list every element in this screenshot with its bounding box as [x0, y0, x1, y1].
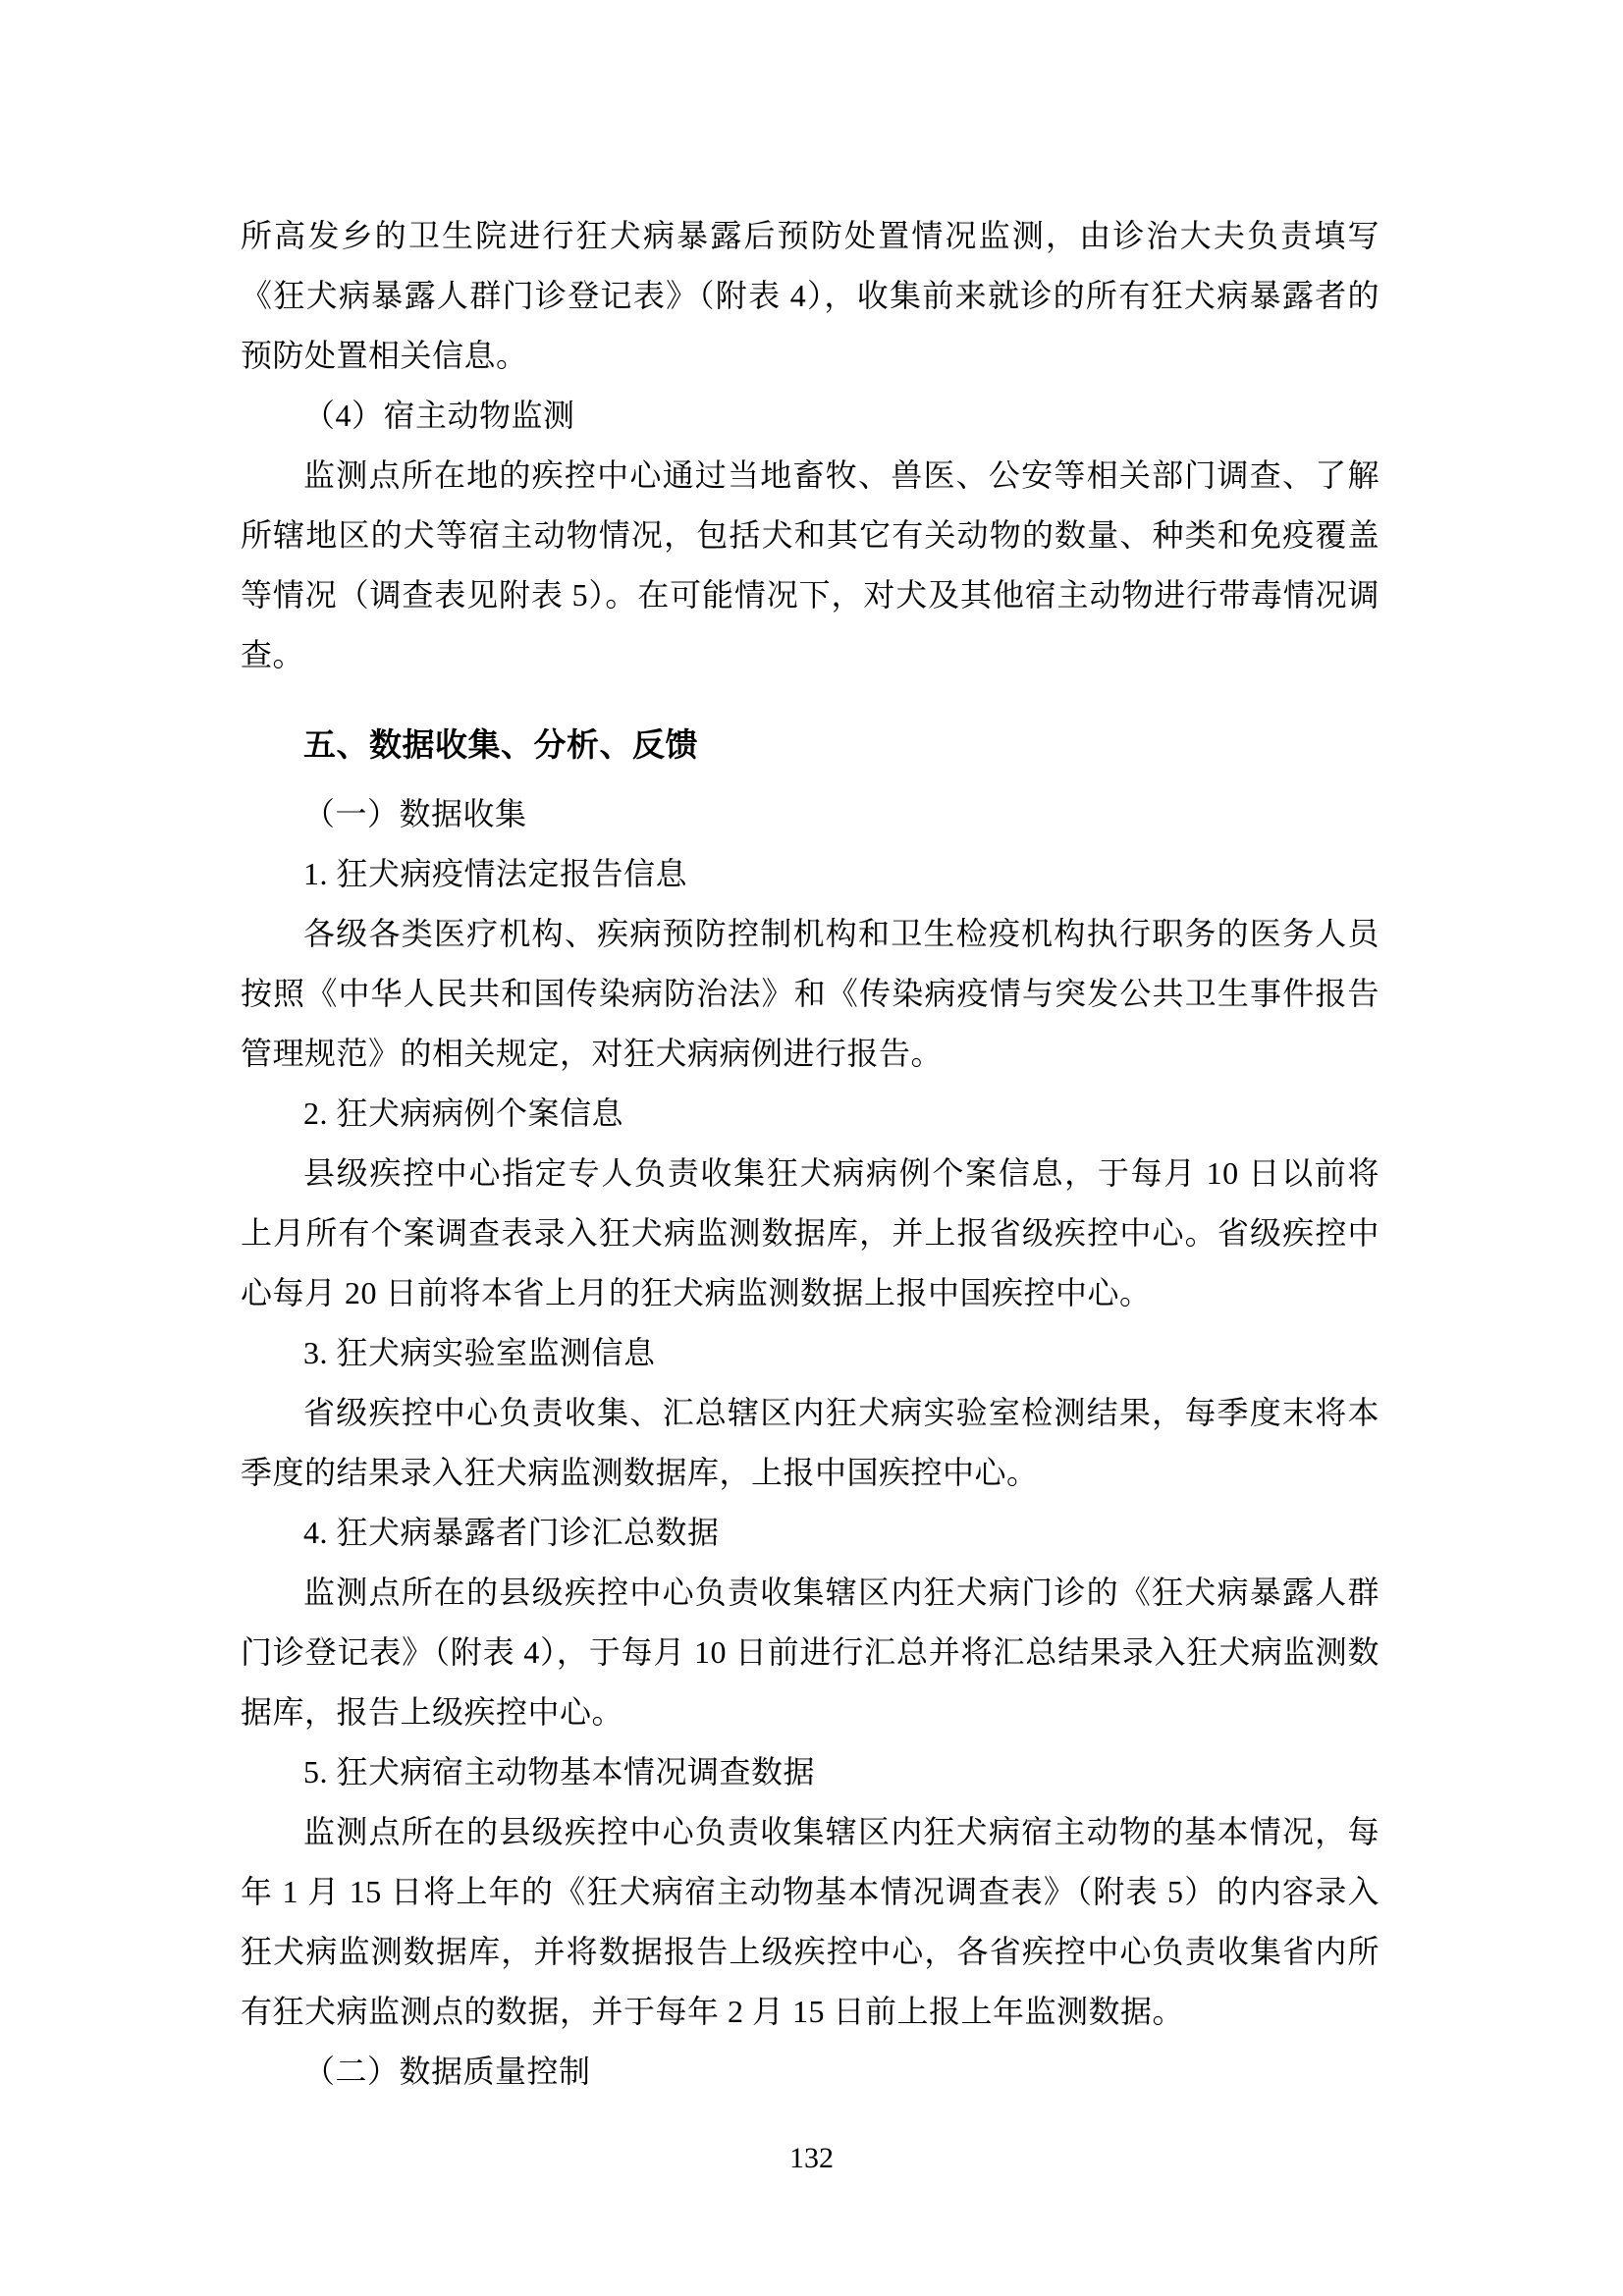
- paragraph-line: 按照《中华人民共和国传染病防治法》和《传染病疫情与突发公共卫生事件报告: [241, 964, 1380, 1024]
- paragraph-line: 省级疾控中心负责收集、汇总辖区内狂犬病实验室检测结果，每季度末将本: [241, 1383, 1380, 1443]
- paragraph-line: 县级疾控中心指定专人负责收集狂犬病病例个案信息，于每月 10 日以前将: [241, 1144, 1380, 1203]
- numbered-item-title: 2. 狂犬病病例个案信息: [241, 1084, 1380, 1144]
- paragraph-line: 监测点所在的县级疾控中心负责收集辖区内狂犬病门诊的《狂犬病暴露人群: [241, 1563, 1380, 1623]
- paragraph-line: 等情况（调查表见附表 5）。在可能情况下，对犬及其他宿主动物进行带毒情况调: [241, 565, 1380, 625]
- paragraph-line: 门诊登记表》（附表 4），于每月 10 日前进行汇总并将汇总结果录入狂犬病监测数: [241, 1623, 1380, 1682]
- numbered-item-title: 3. 狂犬病实验室监测信息: [241, 1323, 1380, 1383]
- paragraph-line: 所辖地区的犬等宿主动物情况，包括犬和其它有关动物的数量、种类和免疫覆盖: [241, 506, 1380, 565]
- paragraph-line: 《狂犬病暴露人群门诊登记表》（附表 4），收集前来就诊的所有狂犬病暴露者的: [241, 266, 1380, 326]
- paragraph-line: 管理规范》的相关规定，对狂犬病病例进行报告。: [241, 1024, 1380, 1084]
- paragraph-line: 心每月 20 日前将本省上月的狂犬病监测数据上报中国疾控中心。: [241, 1263, 1380, 1323]
- paragraph-line: 季度的结果录入狂犬病监测数据库，上报中国疾控中心。: [241, 1443, 1380, 1503]
- paragraph-line: 监测点所在地的疾控中心通过当地畜牧、兽医、公安等相关部门调查、了解: [241, 446, 1380, 506]
- paragraph-line: 据库，报告上级疾控中心。: [241, 1682, 1380, 1742]
- paragraph-line: 查。: [241, 625, 1380, 685]
- paragraph-line: 有狂犬病监测点的数据，并于每年 2 月 15 日前上报上年监测数据。: [241, 1982, 1380, 2042]
- document-body: 所高发乡的卫生院进行狂犬病暴露后预防处置情况监测，由诊治大夫负责填写 《狂犬病暴…: [241, 206, 1380, 2102]
- section-heading: 五、数据收集、分析、反馈: [241, 715, 1380, 774]
- document-page: 所高发乡的卫生院进行狂犬病暴露后预防处置情况监测，由诊治大夫负责填写 《狂犬病暴…: [0, 0, 1623, 2296]
- paragraph-line: 各级各类医疗机构、疾病预防控制机构和卫生检疫机构执行职务的医务人员: [241, 904, 1380, 964]
- subsection-label: （二）数据质量控制: [241, 2042, 1380, 2102]
- paragraph-line: 监测点所在的县级疾控中心负责收集辖区内狂犬病宿主动物的基本情况，每: [241, 1802, 1380, 1862]
- sub-item-title: （4）宿主动物监测: [241, 386, 1380, 446]
- numbered-item-title: 5. 狂犬病宿主动物基本情况调查数据: [241, 1742, 1380, 1802]
- paragraph-line: 上月所有个案调查表录入狂犬病监测数据库，并上报省级疾控中心。省级疾控中: [241, 1203, 1380, 1263]
- numbered-item-title: 1. 狂犬病疫情法定报告信息: [241, 844, 1380, 904]
- paragraph-line: 所高发乡的卫生院进行狂犬病暴露后预防处置情况监测，由诊治大夫负责填写: [241, 206, 1380, 266]
- page-number: 132: [0, 2138, 1623, 2179]
- paragraph-line: 年 1 月 15 日将上年的《狂犬病宿主动物基本情况调查表》（附表 5）的内容录…: [241, 1862, 1380, 1922]
- numbered-item-title: 4. 狂犬病暴露者门诊汇总数据: [241, 1503, 1380, 1563]
- subsection-label: （一）数据收集: [241, 784, 1380, 844]
- paragraph-line: 狂犬病监测数据库，并将数据报告上级疾控中心，各省疾控中心负责收集省内所: [241, 1922, 1380, 1982]
- paragraph-line: 预防处置相关信息。: [241, 326, 1380, 386]
